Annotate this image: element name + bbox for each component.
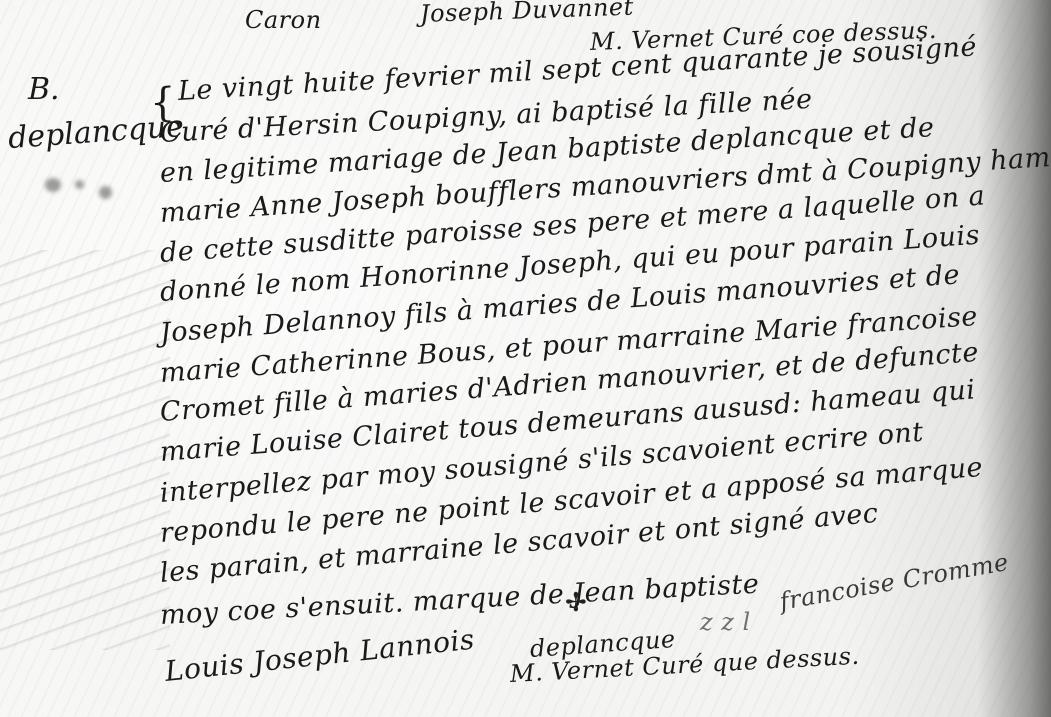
parrain-signature: Louis Joseph Lannois	[163, 623, 476, 688]
ink-blot	[45, 178, 61, 192]
prev-signature-duvannet: Joseph Duvannet	[420, 0, 635, 28]
parish-register-page: Caron Joseph Duvannet M. Vernet Curé coe…	[0, 0, 1051, 717]
prev-signature-caron: Caron	[245, 6, 322, 34]
marraine-signature: francoise Cromme	[778, 548, 1011, 616]
ink-blot	[99, 186, 112, 199]
ink-blot	[75, 180, 84, 189]
mark-cross-icon: ✢	[565, 588, 587, 618]
margin-bleed-through	[0, 250, 170, 650]
scribble-mark: z z l	[700, 608, 751, 636]
margin-entry-letter: B.	[28, 72, 60, 107]
